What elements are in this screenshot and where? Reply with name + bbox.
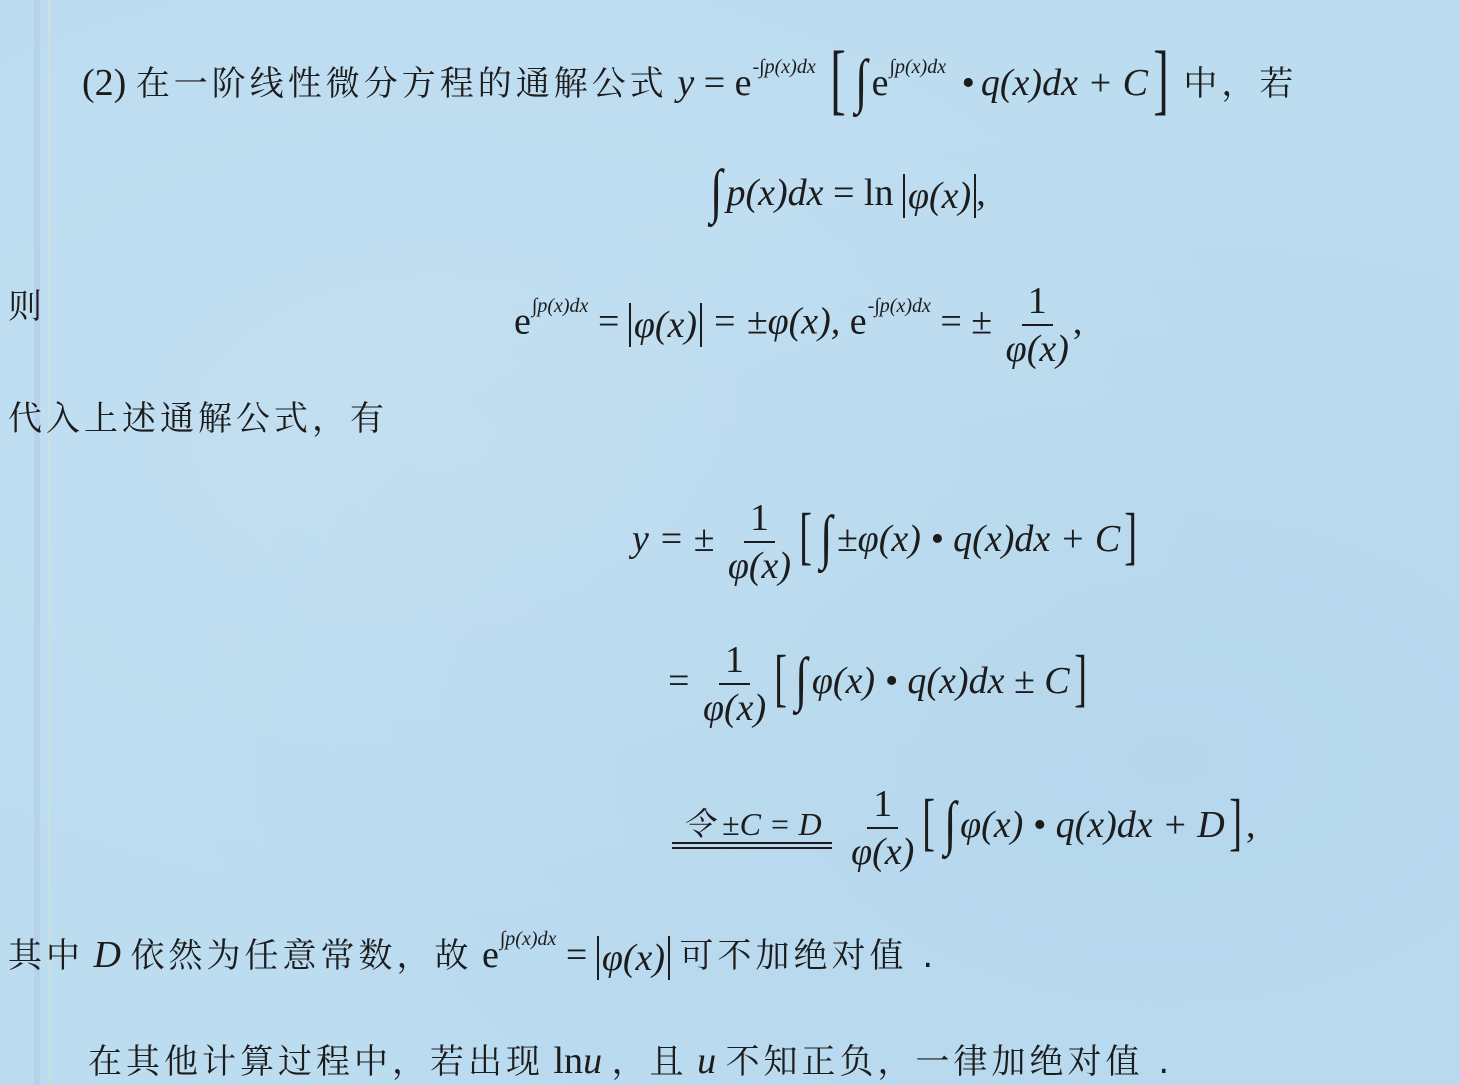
scan-margin-shadow: [34, 0, 40, 1085]
double-equals-bar: [672, 842, 832, 849]
exp-base: e: [514, 301, 531, 343]
exp-base: e: [482, 934, 499, 976]
fraction-denominator: φ(x): [1006, 326, 1069, 368]
fraction-denominator: φ(x): [703, 685, 766, 727]
fraction-numerator: 1: [719, 641, 750, 685]
final-note: 在其他计算过程中，若出现 lnu ，且 u 不知正负，一律加绝对值 .: [88, 1042, 1173, 1080]
fraction-numerator: 1: [744, 499, 775, 543]
comma: ,: [1073, 301, 1083, 343]
equals-sign: =: [566, 934, 587, 976]
absolute-phi: φ(x): [629, 303, 702, 347]
variable-u: u: [583, 1040, 602, 1082]
equals-sign: =: [598, 301, 619, 343]
left-bracket: [: [830, 40, 846, 118]
exponent-pos-integral: ∫p(x)dx: [890, 57, 947, 77]
equation-integral-ln: ∫p(x)dx = ln φ(x),: [706, 155, 986, 218]
fraction: 1 φ(x): [728, 499, 791, 585]
left-bracket: [: [923, 790, 936, 854]
integral-sign: ∫: [820, 507, 832, 567]
absolute-phi: φ(x): [597, 936, 670, 980]
then-label: 则: [8, 290, 46, 324]
constant-d: D: [94, 934, 121, 976]
formula-tail: q(x)dx + C: [981, 62, 1148, 104]
right-bracket: ]: [1229, 790, 1242, 854]
equals-sign: =: [704, 62, 725, 104]
left-bracket: [: [799, 504, 812, 568]
comma: ,: [976, 172, 986, 214]
integral-sign: ∫: [796, 649, 808, 709]
fraction-denominator: φ(x): [851, 829, 914, 871]
fraction-denominator: φ(x): [728, 543, 791, 585]
dot-operator: •: [962, 62, 975, 104]
integral-sign: ∫: [944, 793, 956, 853]
fraction: 1 φ(x): [703, 641, 766, 727]
exponent-pos-integral: ∫p(x)dx: [500, 929, 557, 949]
equals-ln: = ln: [833, 172, 894, 214]
right-bracket: ]: [1074, 646, 1087, 710]
equation-step-1: y = ± 1 φ(x) [∫±φ(x) • q(x)dx + C]: [632, 498, 1142, 585]
substitution-condition: 令 ±C = D: [672, 808, 832, 842]
right-bracket: ]: [1153, 40, 1169, 118]
left-bracket: [: [774, 646, 787, 710]
fraction-numerator: 1: [1022, 282, 1053, 326]
conclusion-middle: 依然为任意常数，故: [130, 936, 472, 976]
right-bracket: ]: [1124, 504, 1137, 568]
inner-exp-base: e: [872, 62, 889, 104]
defined-as-equals: 令 ±C = D: [672, 808, 832, 849]
suffix-text: 中，若: [1183, 64, 1297, 104]
final-middle: ，且: [612, 1042, 688, 1082]
exponent-neg-integral: -∫p(x)dx: [868, 296, 931, 316]
variable-u: u: [697, 1040, 716, 1082]
fraction: 1 φ(x): [851, 785, 914, 871]
fraction: 1 φ(x): [1006, 282, 1069, 368]
equals-sign: =: [668, 660, 689, 702]
item-label: (2): [82, 62, 126, 104]
integral-sign: ∫: [855, 51, 867, 111]
integrand: φ(x) • q(x)dx ± C: [812, 660, 1070, 702]
exponent-neg-integral: -∫p(x)dx: [753, 57, 816, 77]
integrand: φ(x) • q(x)dx + D: [960, 804, 1225, 846]
equation-exp-phi: e∫p(x)dx = φ(x) = ±φ(x), e-∫p(x)dx = ± 1…: [514, 282, 1082, 368]
exponent-pos-integral: ∫p(x)dx: [532, 296, 589, 316]
exp-base: e: [735, 62, 752, 104]
exp-base: e: [850, 301, 867, 343]
equation-step-3: 令 ±C = D 1 φ(x) [∫φ(x) • q(x)dx + D],: [672, 784, 1256, 871]
plus-minus-phi: = ±φ(x),: [712, 301, 841, 343]
formula-y: y: [677, 62, 694, 104]
final-suffix: 不知正负，一律加绝对值 .: [726, 1042, 1174, 1082]
conclusion-paragraph: 其中 D 依然为任意常数，故 e∫p(x)dx = φ(x) 可不加绝对值 .: [8, 936, 937, 980]
comma: ,: [1246, 804, 1256, 846]
paragraph-general-solution: (2) 在一阶线性微分方程的通解公式 y = e-∫p(x)dx [∫e∫p(x…: [82, 30, 1297, 108]
final-prefix: 在其他计算过程中，若出现: [88, 1042, 544, 1082]
page-margin-line: [48, 0, 50, 1085]
substitute-text: 代入上述通解公式，有: [8, 402, 388, 436]
conclusion-suffix: 可不加绝对值 .: [680, 936, 938, 976]
lhs: y = ±: [632, 518, 714, 560]
integral-sign: ∫: [710, 161, 722, 221]
integrand: ±φ(x) • q(x)dx + C: [837, 518, 1120, 560]
absolute-phi: φ(x): [903, 174, 976, 218]
intro-text: 在一阶线性微分方程的通解公式: [136, 64, 668, 104]
integral-body: p(x)dx: [726, 172, 823, 214]
conclusion-prefix: 其中: [8, 936, 84, 976]
fraction-numerator: 1: [867, 785, 898, 829]
ln-function: ln: [554, 1040, 584, 1082]
equals-plus-minus: = ±: [940, 301, 992, 343]
equation-step-2: = 1 φ(x) [∫φ(x) • q(x)dx ± C]: [668, 640, 1091, 727]
